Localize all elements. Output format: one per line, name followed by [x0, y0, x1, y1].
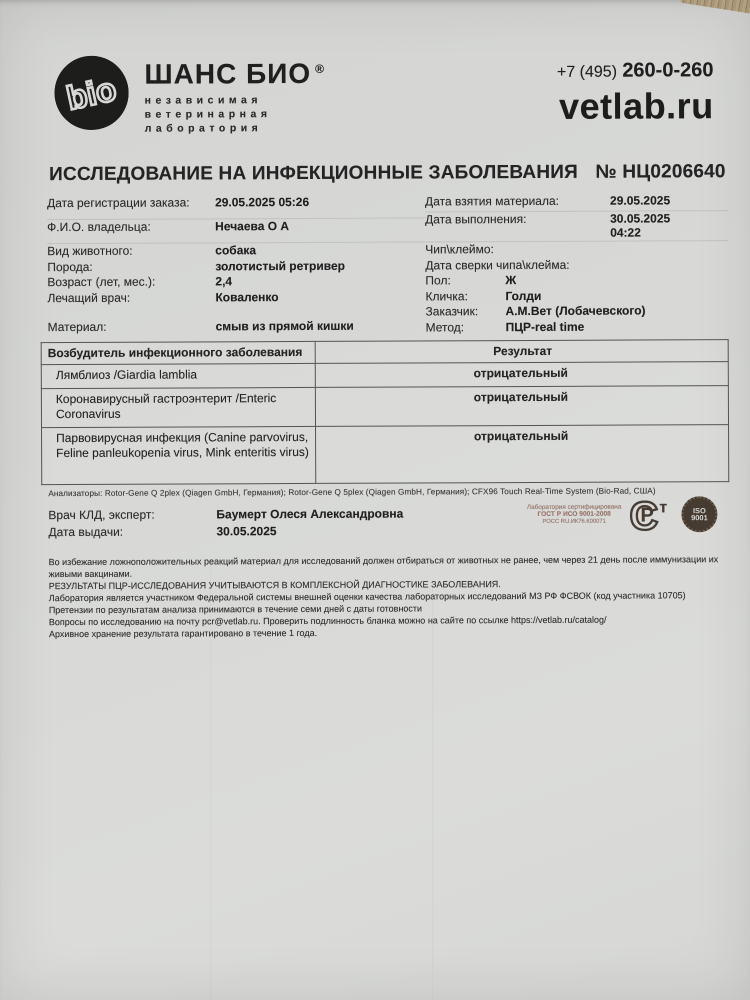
brand-subtitle-line: независимая — [145, 93, 326, 108]
svg-text:т: т — [659, 499, 667, 516]
field-completion-date: Дата выполнения: 30.05.2025 04:22 — [425, 211, 728, 242]
report-header: bio ШАНС БИО® независимая ветеринарная л… — [46, 53, 727, 148]
field-registration-date: Дата регистрации заказа: 29.05.2025 05:2… — [47, 194, 425, 220]
patient-info-form: Дата регистрации заказа: 29.05.2025 05:2… — [47, 193, 729, 337]
lab-report-document: bio ШАНС БИО® независимая ветеринарная л… — [0, 0, 750, 640]
table-row-coronavirus: Коронавирусный гастроэнтерит /Enteric Co… — [41, 386, 728, 428]
field-chip: Чип\клеймо: — [425, 241, 728, 258]
field-customer: Заказчик: А.М.Вет (Лобачевского) — [425, 303, 728, 320]
report-title: ИССЛЕДОВАНИЕ НА ИНФЕКЦИОННЫЕ ЗАБОЛЕВАНИЯ… — [47, 161, 728, 186]
footnote-line: Во избежание ложноположительных реакций … — [49, 553, 749, 580]
svg-text:Р: Р — [640, 504, 653, 526]
pathogen-cell: Коронавирусный гастроэнтерит /Enteric Co… — [41, 387, 315, 427]
result-cell: отрицательный — [315, 386, 728, 427]
phone-number: +7 (495) 260-0-260 — [557, 59, 714, 83]
form-left-column: Дата регистрации заказа: 29.05.2025 05:2… — [47, 194, 426, 337]
field-owner-name: Ф.И.О. владельца: Нечаева О А — [47, 218, 425, 244]
field-attending-vet: Лечащий врач: Коваленко — [47, 289, 425, 306]
field-sampling-date: Дата взятия материала: 29.05.2025 — [425, 193, 728, 212]
signoff-block: Врач КЛД, эксперт: Баумерт Олеся Алексан… — [48, 505, 729, 548]
field-method: Метод: ПЦР-real time — [426, 319, 729, 336]
brand-block: bio ШАНС БИО® независимая ветеринарная л… — [54, 55, 325, 137]
field-animal-species: Вид животного: собака — [47, 242, 425, 259]
field-material: Материал: смыв из прямой кишки — [48, 318, 426, 337]
phone-digits: 260-0-260 — [622, 59, 713, 81]
footnote-line: Архивное хранение результата гарантирова… — [49, 625, 749, 640]
field-breed: Порода: золотистый ретривер — [47, 258, 425, 275]
registered-trademark: ® — [315, 62, 325, 76]
phone-prefix: +7 (495) — [557, 64, 617, 81]
certification-text: Лаборатория сертифицирована ГОСТ Р ИСО 9… — [527, 503, 622, 526]
iso-9001-seal-icon: ISO 9001 — [681, 496, 717, 532]
results-table: Возбудитель инфекционного заболевания Ре… — [41, 339, 730, 485]
pathogen-cell: Парвовирусная инфекция (Canine parvoviru… — [42, 426, 316, 484]
table-row-giardia: Лямблиоз /Giardia lamblia отрицательный — [41, 362, 728, 389]
field-pet-name: Кличка: Голди — [425, 288, 728, 305]
field-age: Возраст (лет, мес.): 2,4 — [47, 273, 425, 290]
form-right-column: Дата взятия материала: 29.05.2025 Дата в… — [425, 193, 729, 335]
brand-name: ШАНС БИО® — [144, 59, 325, 89]
field-sex: Пол: Ж — [425, 272, 728, 289]
lab-report-photo: bio ШАНС БИО® независимая ветеринарная л… — [0, 0, 750, 1000]
paper-crease — [432, 580, 434, 1000]
order-number: № НЦ0206640 — [595, 161, 725, 183]
result-cell: отрицательный — [316, 425, 729, 484]
website: vetlab.ru — [557, 88, 714, 125]
contact-block: +7 (495) 260-0-260 vetlab.ru — [557, 53, 714, 125]
certification-block: Лаборатория сертифицирована ГОСТ Р ИСО 9… — [527, 495, 718, 534]
brand-text-block: ШАНС БИО® независимая ветеринарная лабор… — [144, 55, 325, 136]
shans-bio-logo-icon: bio — [54, 56, 128, 130]
rostest-certification-icon: С Р т — [628, 495, 674, 533]
pathogen-cell: Лямблиоз /Giardia lamblia — [41, 363, 315, 388]
result-cell: отрицательный — [315, 362, 728, 388]
brand-subtitle-line: ветеринарная — [145, 107, 326, 122]
logo-text: bio — [64, 72, 119, 115]
brand-subtitle: независимая ветеринарная лаборатория — [145, 93, 326, 136]
results-table-header-row: Возбудитель инфекционного заболевания Ре… — [41, 340, 728, 365]
brand-subtitle-line: лаборатория — [145, 121, 326, 136]
table-row-parvovirus: Парвовирусная инфекция (Canine parvoviru… — [42, 425, 729, 485]
report-title-text: ИССЛЕДОВАНИЕ НА ИНФЕКЦИОННЫЕ ЗАБОЛЕВАНИЯ — [49, 162, 578, 185]
column-header-pathogen: Возбудитель инфекционного заболевания — [41, 341, 315, 364]
column-header-result: Результат — [315, 340, 728, 364]
footnotes: Во избежание ложноположительных реакций … — [49, 553, 749, 640]
field-chip-check-date: Дата сверки чипа\клейма: — [425, 257, 728, 274]
